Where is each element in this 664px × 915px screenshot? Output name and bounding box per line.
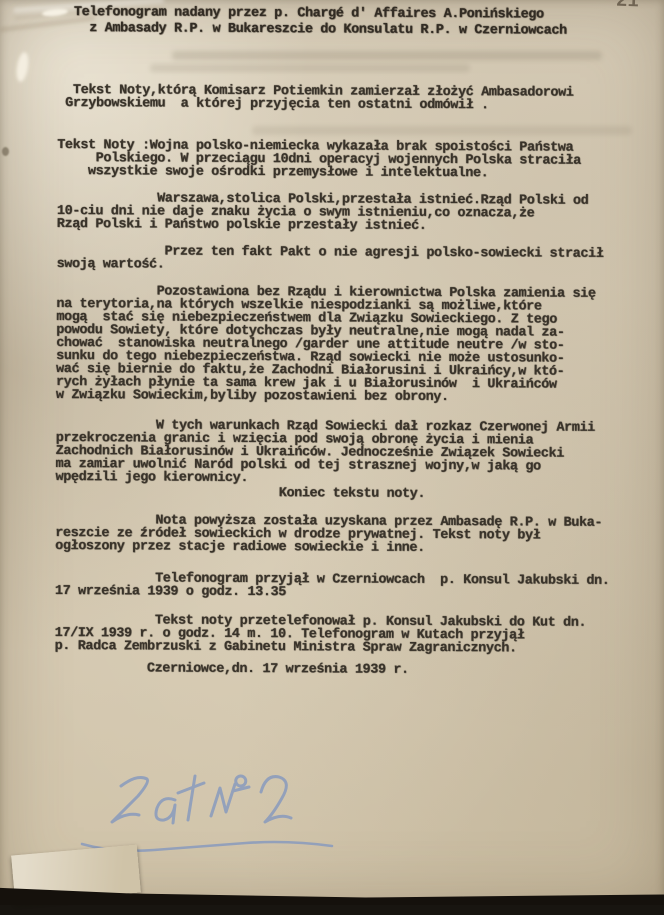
paragraph: Czerniowce,dn. 17 września 1939 r.: [54, 662, 654, 678]
pencil-mark: [2, 147, 9, 156]
document-header: Telefonogram nadany przez p. Chargé d' A…: [74, 5, 658, 40]
handwritten-annotation: Zał. № 2: [75, 760, 355, 860]
paragraph: W tych warunkach Rząd Sowiecki dał rozka…: [55, 419, 655, 487]
paragraph: Koniec tekstu noty.: [55, 486, 655, 502]
paragraph: Warszawa,stolica Polski,przestała istnie…: [57, 192, 657, 234]
paper-damage-spot: [15, 51, 31, 82]
paragraph: Nota powyższa została uzyskana przez Amb…: [55, 514, 655, 556]
paragraph: Telefonogram przyjął w Czerniowcach p. K…: [55, 572, 655, 601]
paragraph: Tekst Noty,którą Komisarz Potiemkin zami…: [57, 84, 657, 113]
paragraph: Tekst noty przetelefonował p. Konsul Jak…: [55, 614, 655, 656]
document-page: 21 Telefonogram nadany przez p. Chargé d…: [0, 0, 664, 905]
paragraph: Pozostawiona bez Rządu i kierownictwa Po…: [56, 285, 657, 405]
handwriting-strokes: [75, 760, 355, 860]
paragraph: Przez ten fakt Pakt o nie agresji polsko…: [57, 245, 657, 274]
typed-text-block: Telefonogram nadany przez p. Chargé d' A…: [54, 0, 658, 678]
paragraph: Tekst Noty :Wojna polsko-niemiecka wykaz…: [57, 139, 657, 181]
